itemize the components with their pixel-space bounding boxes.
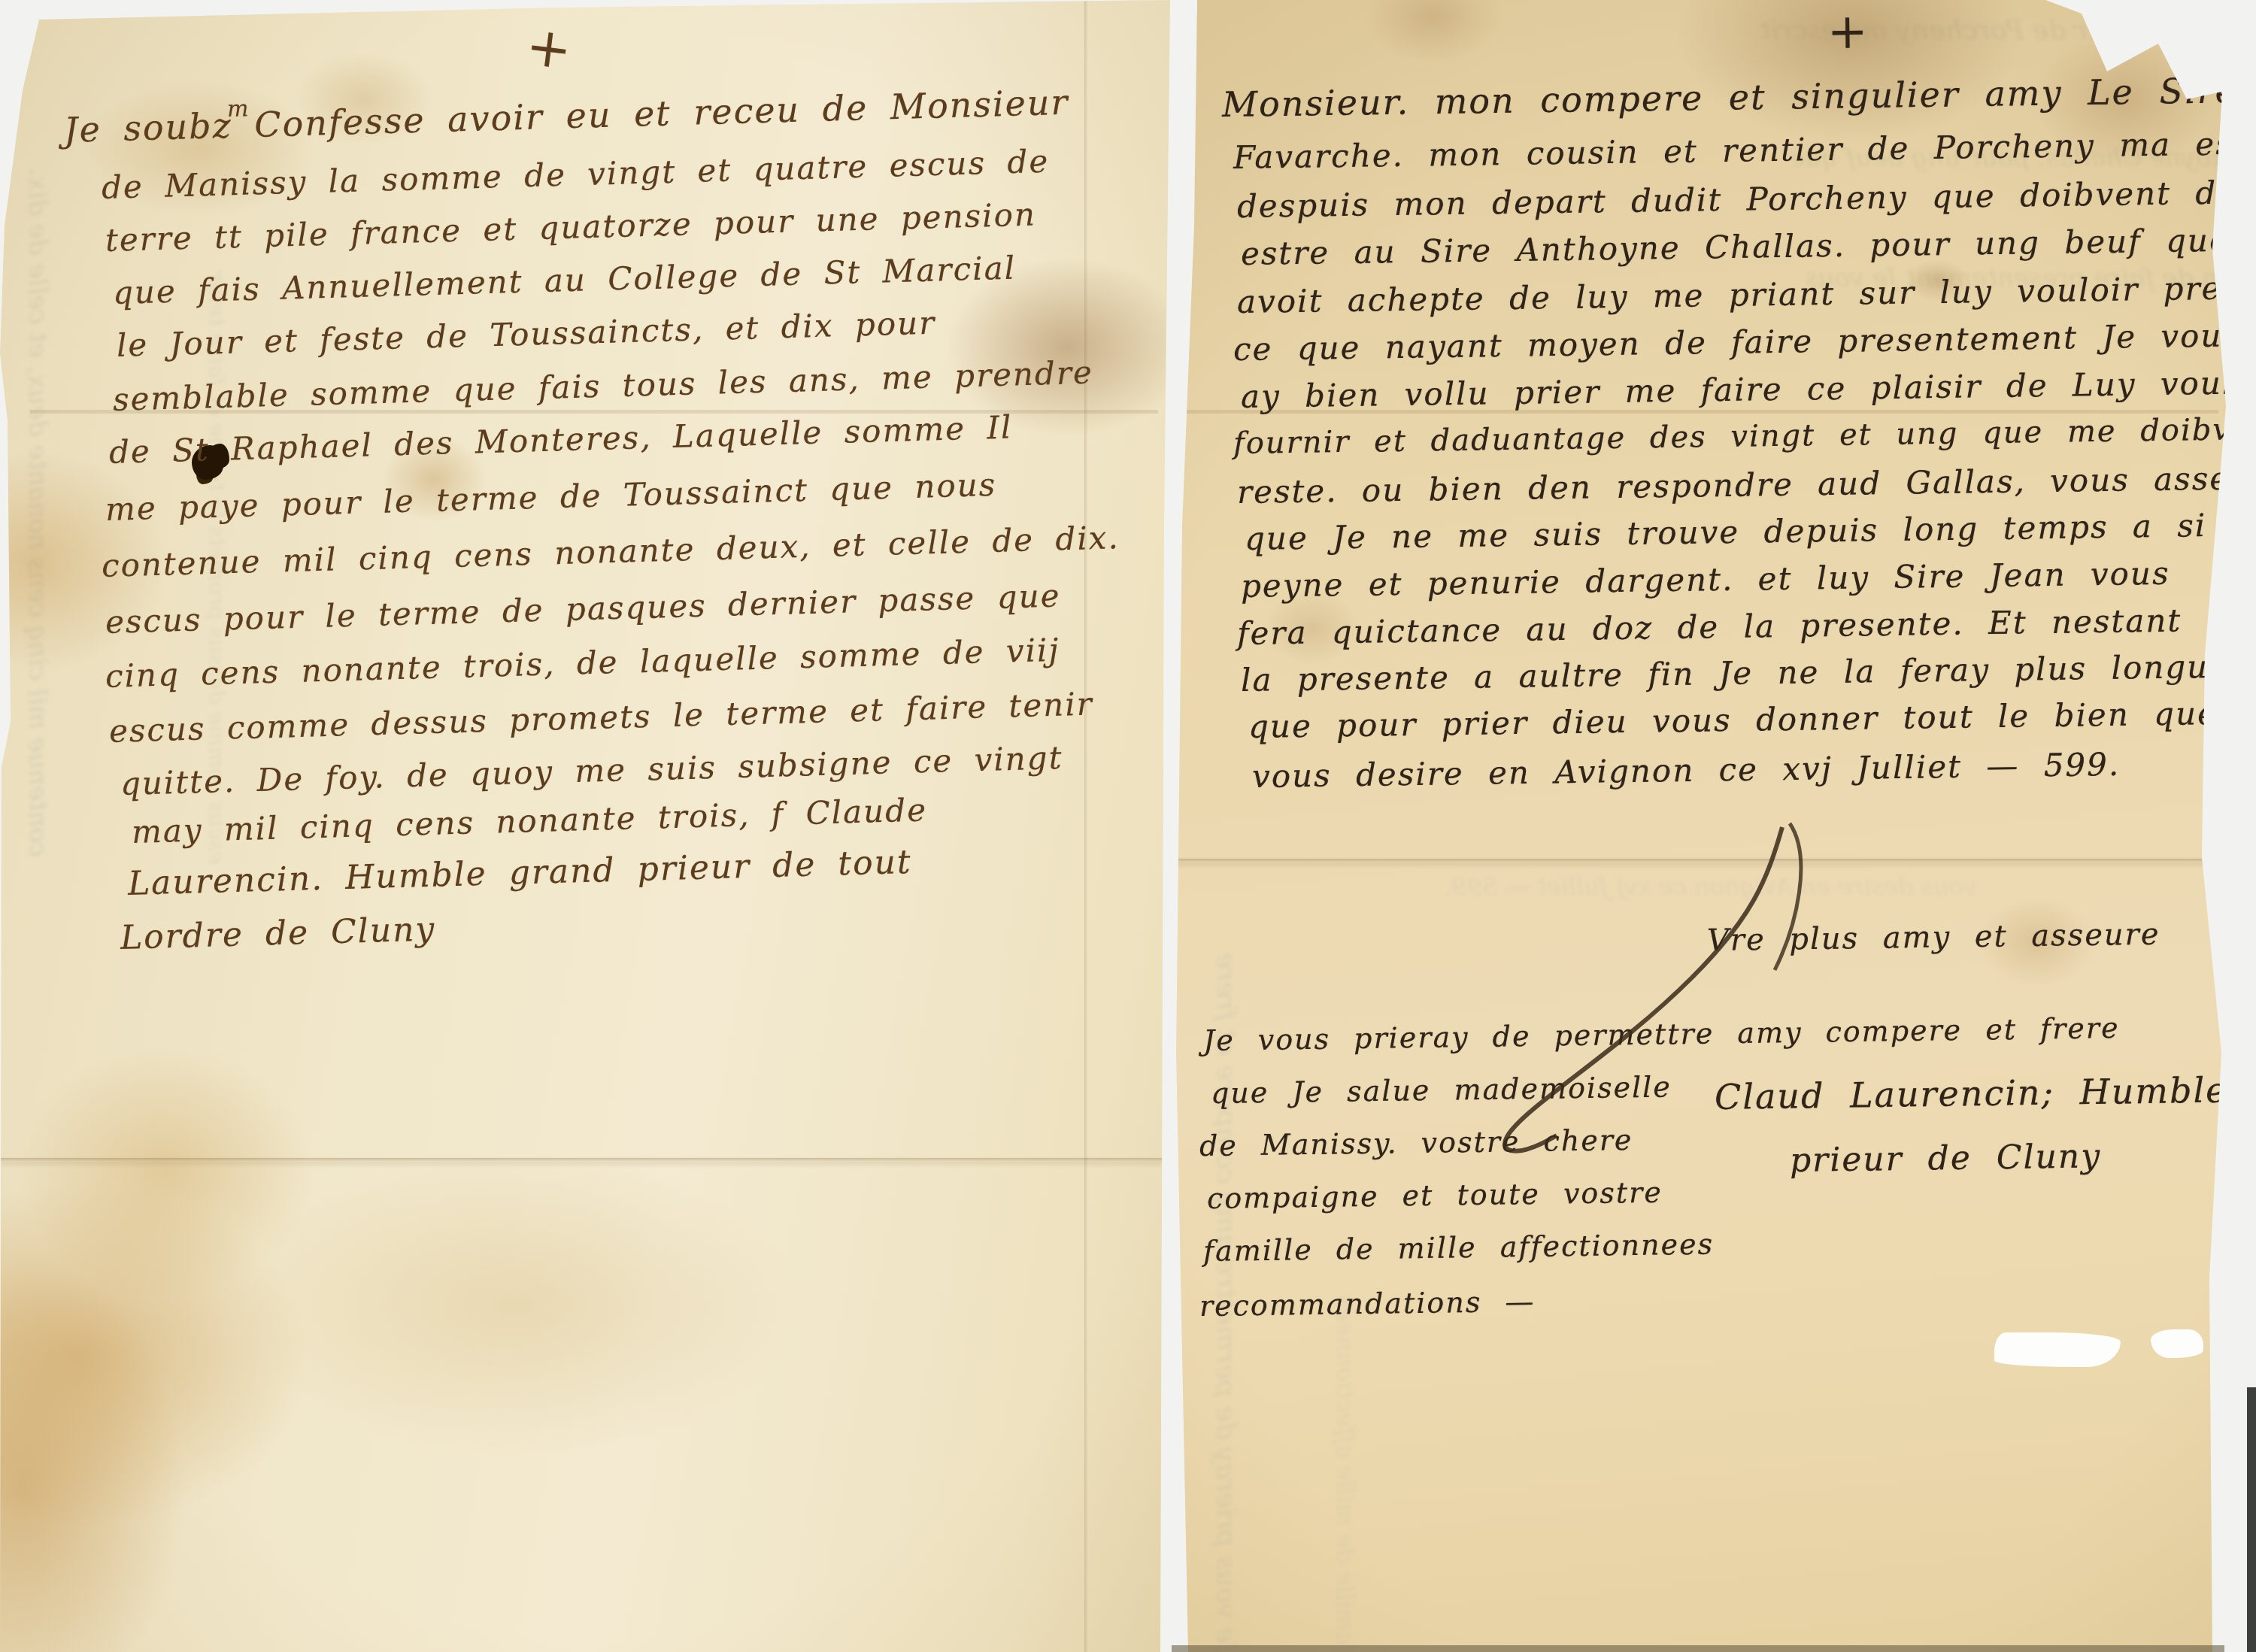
postscript-line: recommandations — bbox=[1199, 1285, 1536, 1323]
paper-tear bbox=[2151, 1329, 2203, 1358]
showthrough-text: famille de mille affectionnees bbox=[1331, 1399, 1360, 1652]
scan-edge-shadow bbox=[2247, 1387, 2256, 1652]
cross-mark: + bbox=[523, 14, 577, 82]
postscript-line: compaigne et toute vostre bbox=[1207, 1176, 1663, 1215]
signature: Claud Laurencin; Humble grand bbox=[1715, 1068, 2256, 1117]
right-page: Favarche. mon cousin et rentier de Porch… bbox=[1158, 0, 2256, 1652]
postscript-line: que Je salue mademoiselle bbox=[1211, 1070, 1672, 1110]
manuscript-scan: contenue mil cinq cens nonante deux, et … bbox=[0, 0, 2256, 1652]
showthrough-text: vous desire en Avignon ce xvj Julliet — … bbox=[1444, 872, 1977, 901]
left-page: contenue mil cinq cens nonante deux, et … bbox=[0, 0, 1173, 1652]
postscript-line: de Manissy. vostre chere bbox=[1199, 1123, 1633, 1162]
scan-edge-shadow bbox=[1172, 1645, 2224, 1652]
paper-tear bbox=[1994, 1332, 2121, 1367]
showthrough-text: Je vous prieray de permettre amy compere… bbox=[1211, 1384, 1242, 1652]
showthrough-text: contenue mil cinq cens nonante deux, et … bbox=[23, 421, 53, 857]
cross-mark: + bbox=[1827, 4, 1869, 60]
scan-edge-shadow bbox=[2206, 0, 2256, 20]
signature: prieur de Cluny bbox=[1790, 1137, 2102, 1180]
closing-line: Vre plus amy et asseure bbox=[1707, 917, 2160, 958]
